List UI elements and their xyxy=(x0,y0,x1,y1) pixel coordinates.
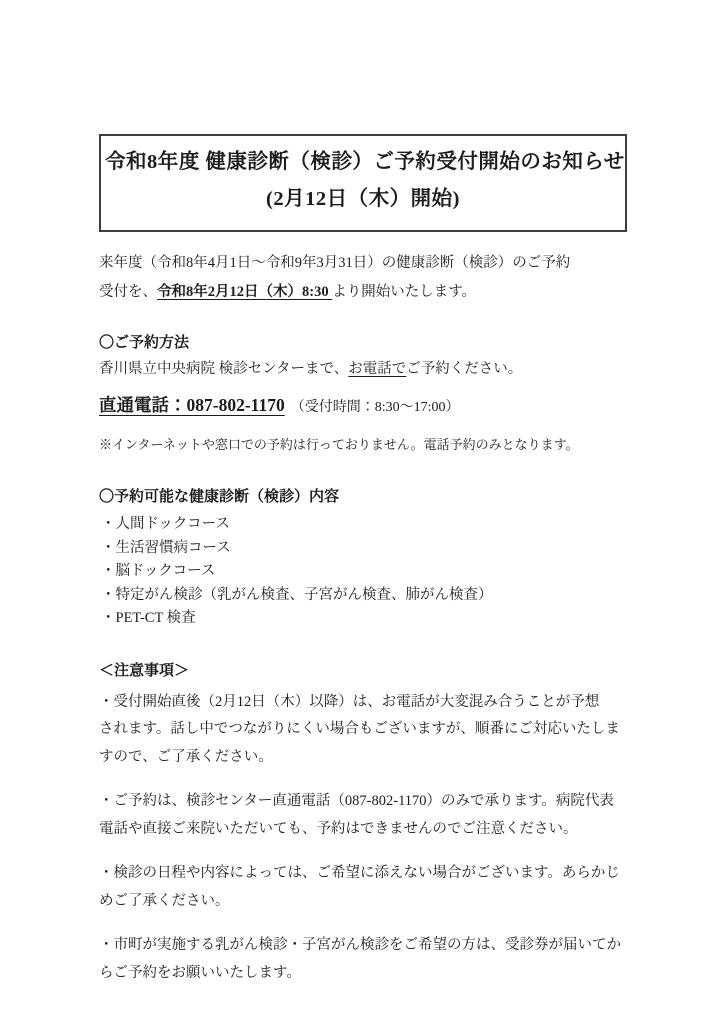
section-heading-available-checkups: 〇予約可能な健康診断（検診）内容 xyxy=(99,485,627,509)
list-item-ningen-dock: ・人間ドックコース xyxy=(99,513,627,537)
note-paragraph-phone-congestion: ・受付開始直後（2月12日（木）以降）は、お電話が大変混み合うことが予想 されま… xyxy=(99,689,627,772)
intro-paragraph: 来年度（令和8年4月1日～令和9年3月31日）の健康診断（検診）のご予約 受付を… xyxy=(99,249,627,307)
intro-start-datetime-emphasis: 令和8年2月12日（木）8:30 xyxy=(157,284,332,300)
notes-list: ・受付開始直後（2月12日（木）以降）は、お電話が大変混み合うことが予想 されま… xyxy=(99,689,627,988)
title-line-1: 令和8年度 健康診断（検診）ご予約受付開始のお知らせ xyxy=(105,144,621,181)
title-box: 令和8年度 健康診断（検診）ご予約受付開始のお知らせ (2月12日（木）開始) xyxy=(99,134,627,232)
list-item-brain-dock: ・脳ドックコース xyxy=(99,560,627,584)
list-item-pet-ct: ・PET-CT 検査 xyxy=(99,607,627,631)
direct-phone-line: 直通電話：087-802-1170（受付時間：8:30～17:00） xyxy=(99,392,627,421)
section-heading-notes: ＜注意事項＞ xyxy=(99,659,627,683)
document-content: 令和8年度 健康診断（検診）ご予約受付開始のお知らせ (2月12日（木）開始) … xyxy=(0,0,724,987)
list-item-lifestyle-disease: ・生活習慣病コース xyxy=(99,537,627,561)
title-line-2: (2月12日（木）開始) xyxy=(105,181,621,218)
section-heading-reservation-method: 〇ご予約方法 xyxy=(99,331,627,355)
note-paragraph-schedule-availability: ・検診の日程や内容によっては、ご希望に添えない場合がございます。あらかじ めご了… xyxy=(99,860,627,915)
phone-reception-hours: （受付時間：8:30～17:00） xyxy=(291,400,460,415)
note-paragraph-municipal-screening: ・市町が実施する乳がん検診・子宮がん検診をご希望の方は、受診券が届いてか らご予… xyxy=(99,932,627,987)
phone-only-note: ※インターネットや窓口での予約は行っておりません。電話予約のみとなります。 xyxy=(99,435,627,455)
notice-document-page: 令和8年度 健康診断（検診）ご予約受付開始のお知らせ (2月12日（木）開始) … xyxy=(0,0,724,1024)
list-item-cancer-screening: ・特定がん検診（乳がん検査、子宮がん検査、肺がん検査） xyxy=(99,584,627,608)
reservation-method-text-before: 香川県立中央病院 検診センターまで、 xyxy=(99,361,348,377)
reservation-method-body: 香川県立中央病院 検診センターまで、お電話でご予約ください。 xyxy=(99,355,627,384)
reservation-method-text-after: ご予約ください。 xyxy=(406,361,522,377)
by-phone-underlined-text: お電話で xyxy=(348,361,406,377)
intro-text-after: より開始いたします。 xyxy=(332,284,476,300)
direct-phone-number: 直通電話：087-802-1170 xyxy=(99,395,285,415)
checkup-list: ・人間ドックコース ・生活習慣病コース ・脳ドックコース ・特定がん検診（乳がん… xyxy=(99,513,627,631)
note-paragraph-direct-line-only: ・ご予約は、検診センター直通電話（087-802-1170）のみで承ります。病院… xyxy=(99,788,627,843)
